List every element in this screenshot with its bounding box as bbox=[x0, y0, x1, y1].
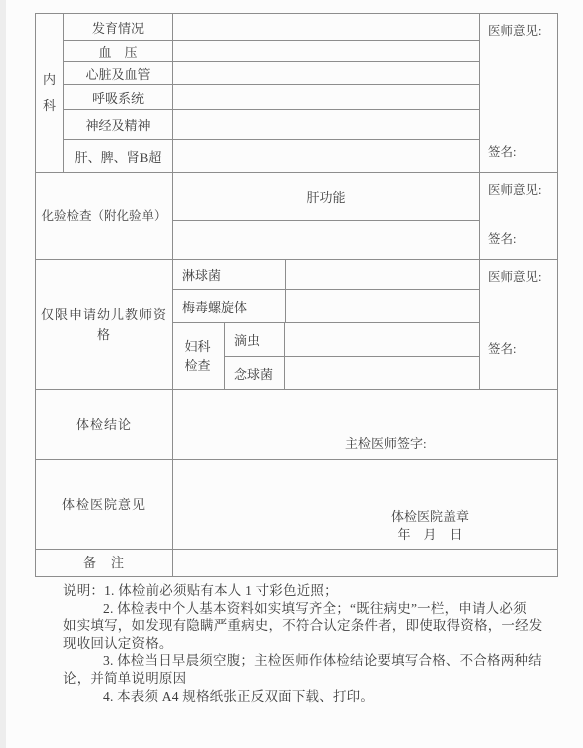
kindergarten-label: 仅限申请幼儿教师资格 bbox=[36, 260, 173, 389]
row-value-ultrasound bbox=[173, 140, 479, 172]
note-line-2: 2. 体检表中个人基本资料如实填写齐全；“既往病史”一栏，申请人必须 bbox=[103, 600, 562, 618]
remarks-label: 备 注 bbox=[36, 550, 173, 576]
section-internal-medicine: 内科 发育情况 血 压 心脏及血管 呼吸系统 bbox=[36, 14, 557, 173]
row-lab-empty bbox=[173, 221, 479, 259]
kindergarten-doctor-opinion-cell: 医师意见: 签名: bbox=[479, 260, 557, 389]
gonococcus-label: 淋球菌 bbox=[173, 260, 286, 289]
trichomonas-label: 滴虫 bbox=[225, 323, 285, 356]
lab-tests-label: 化验检查（附化验单） bbox=[36, 173, 173, 259]
lab-doctor-opinion-cell: 医师意见: 签名: bbox=[479, 173, 557, 259]
row-gonococcus: 淋球菌 bbox=[173, 260, 479, 290]
row-heart-vessels: 心脏及血管 bbox=[64, 62, 479, 85]
treponema-label: 梅毒螺旋体 bbox=[173, 290, 286, 322]
note-line-6: 论，并简单说明原因 bbox=[63, 670, 562, 688]
section-hospital-opinion: 体检医院意见 体检医院盖章 年 月 日 bbox=[36, 460, 557, 550]
lab-doctor-opinion-label: 医师意见: bbox=[488, 180, 553, 198]
row-candida: 念球菌 bbox=[225, 357, 479, 389]
gynecology-group: 妇科检查 滴虫 念球菌 bbox=[173, 323, 479, 389]
note-line-5: 3. 体检当日早晨须空腹；主检医师作体检结论要填写合格、不合格两种结 bbox=[103, 652, 562, 670]
row-treponema: 梅毒螺旋体 bbox=[173, 290, 479, 323]
hospital-opinion-value: 体检医院盖章 年 月 日 bbox=[173, 460, 557, 549]
row-trichomonas: 滴虫 bbox=[225, 323, 479, 357]
row-blood-pressure: 血 压 bbox=[64, 41, 479, 62]
internal-medicine-label: 内科 bbox=[42, 67, 57, 119]
candida-value bbox=[285, 357, 479, 389]
gynecology-exam-label: 妇科检查 bbox=[185, 337, 213, 375]
note-line-7: 4. 本表须 A4 规格纸张正反双面下载、打印。 bbox=[103, 688, 562, 706]
section-kindergarten-only: 仅限申请幼儿教师资格 淋球菌 梅毒螺旋体 妇科检查 滴虫 bbox=[36, 260, 557, 390]
hospital-date-label: 年 月 日 bbox=[391, 526, 469, 544]
trichomonas-value bbox=[285, 323, 479, 356]
row-ultrasound: 肝、脾、肾B超 bbox=[64, 140, 479, 172]
exam-form-table: 内科 发育情况 血 压 心脏及血管 呼吸系统 bbox=[35, 13, 558, 577]
gynecology-exam-cell: 妇科检查 bbox=[173, 323, 225, 389]
section-lab-tests: 化验检查（附化验单） 肝功能 医师意见: 签名: bbox=[36, 173, 557, 260]
row-value-respiratory bbox=[173, 85, 479, 109]
row-liver-function: 肝功能 bbox=[173, 173, 479, 221]
row-value-development bbox=[173, 14, 479, 40]
row-label-development: 发育情况 bbox=[64, 14, 173, 40]
internal-doctor-opinion-cell: 医师意见: 签名: bbox=[479, 14, 557, 172]
row-label-ultrasound: 肝、脾、肾B超 bbox=[64, 140, 173, 172]
section-exam-conclusion: 体检结论 主检医师签字: bbox=[36, 390, 557, 460]
exam-conclusion-label: 体检结论 bbox=[36, 390, 173, 459]
chief-doctor-signature-label: 主检医师签字: bbox=[345, 433, 427, 452]
liver-function-label: 肝功能 bbox=[173, 173, 479, 220]
hospital-stamp-block: 体检医院盖章 年 月 日 bbox=[391, 508, 469, 544]
kindergarten-doctor-opinion-label: 医师意见: bbox=[488, 267, 553, 285]
kindergarten-signature-label: 签名: bbox=[488, 339, 553, 357]
row-label-blood-pressure: 血 压 bbox=[64, 41, 173, 61]
lab-signature-label: 签名: bbox=[488, 229, 553, 247]
row-respiratory: 呼吸系统 bbox=[64, 85, 479, 110]
candida-label: 念球菌 bbox=[225, 357, 285, 389]
medical-exam-form-page: 内科 发育情况 血 压 心脏及血管 呼吸系统 bbox=[0, 0, 583, 748]
lab-tests-rows: 肝功能 bbox=[173, 173, 479, 259]
lab-empty-value bbox=[173, 221, 479, 259]
gonococcus-value bbox=[286, 260, 479, 289]
remarks-value bbox=[173, 550, 557, 576]
hospital-stamp-label: 体检医院盖章 bbox=[391, 508, 469, 526]
note-line-4: 现收回认定资格。 bbox=[63, 635, 562, 653]
internal-signature-label: 签名: bbox=[488, 142, 553, 160]
exam-conclusion-value: 主检医师签字: bbox=[173, 390, 557, 459]
row-value-heart-vessels bbox=[173, 62, 479, 84]
row-label-respiratory: 呼吸系统 bbox=[64, 85, 173, 109]
treponema-value bbox=[286, 290, 479, 322]
kindergarten-rows: 淋球菌 梅毒螺旋体 妇科检查 滴虫 bbox=[173, 260, 479, 389]
note-line-1: 说明：1. 体检前必须贴有本人 1 寸彩色近照； bbox=[63, 582, 562, 600]
form-notes: 说明：1. 体检前必须贴有本人 1 寸彩色近照； 2. 体检表中个人基本资料如实… bbox=[63, 582, 562, 705]
row-nervous-mental: 神经及精神 bbox=[64, 110, 479, 140]
row-value-blood-pressure bbox=[173, 41, 479, 61]
internal-doctor-opinion-label: 医师意见: bbox=[488, 21, 553, 39]
section-remarks: 备 注 bbox=[36, 550, 557, 576]
internal-medicine-label-cell: 内科 bbox=[36, 14, 64, 172]
row-label-nervous-mental: 神经及精神 bbox=[64, 110, 173, 139]
row-label-heart-vessels: 心脏及血管 bbox=[64, 62, 173, 84]
note-line-3: 如实填写，如发现有隐瞒严重病史，不符合认定条件者，即使取得资格，一经发 bbox=[63, 617, 562, 635]
scan-edge-artifact bbox=[0, 0, 6, 748]
hospital-opinion-label: 体检医院意见 bbox=[36, 460, 173, 549]
row-development: 发育情况 bbox=[64, 14, 479, 41]
gynecology-rows: 滴虫 念球菌 bbox=[225, 323, 479, 389]
internal-medicine-rows: 发育情况 血 压 心脏及血管 呼吸系统 神经及精神 bbox=[64, 14, 479, 172]
row-value-nervous-mental bbox=[173, 110, 479, 139]
